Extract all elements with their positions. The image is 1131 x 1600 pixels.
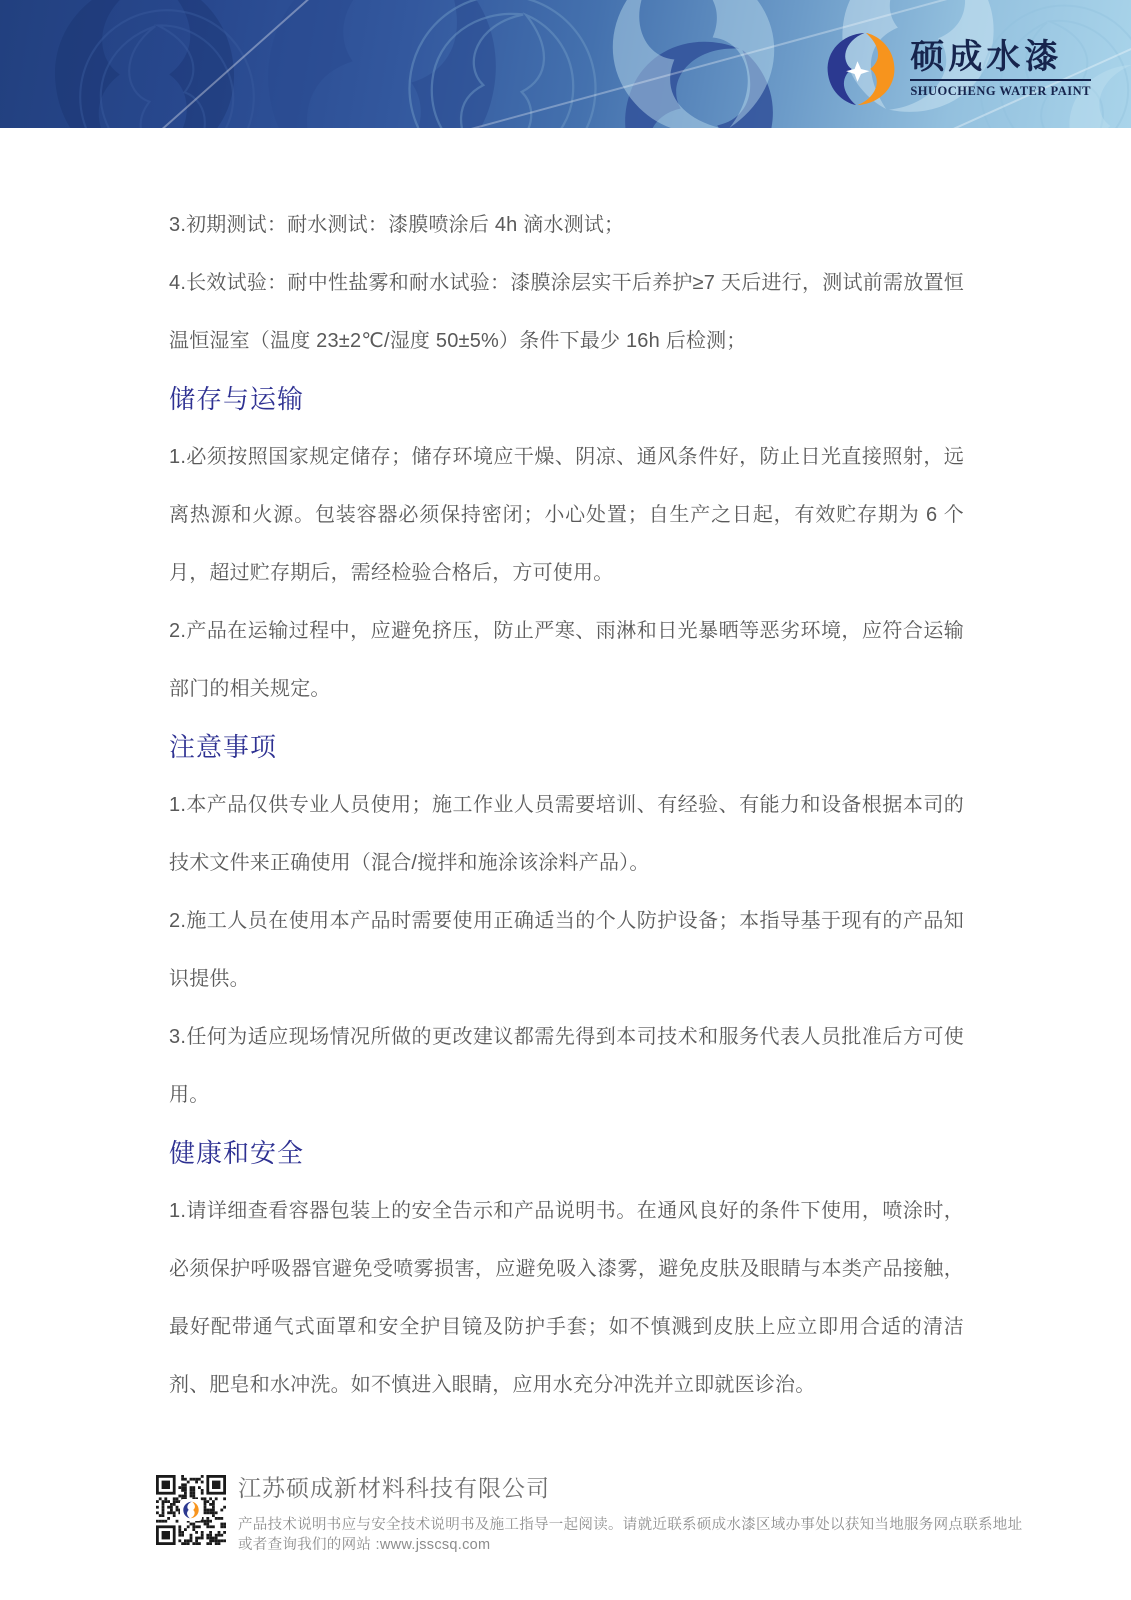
footer-notes: 产品技术说明书应与安全技术说明书及施工指导一起阅读。请就近联系硕成水漆区域办事处…: [238, 1515, 1022, 1555]
brand-text-block: 硕成水漆 SHUOCHENG WATER PAINT: [910, 39, 1091, 99]
paragraph-precaution-2: 2.施工人员在使用本产品时需要使用正确适当的个人防护设备；本指导基于现有的产品知…: [169, 892, 964, 1008]
paragraph-precaution-1: 1.本产品仅供专业人员使用；施工作业人员需要培训、有经验、有能力和设备根据本司的…: [169, 776, 964, 892]
paragraph-storage-2: 2.产品在运输过程中，应避免挤压，防止严寒、雨淋和日光暴晒等恶劣环境，应符合运输…: [169, 602, 964, 718]
paragraph-precaution-3: 3.任何为适应现场情况所做的更改建议都需先得到本司技术和服务代表人员批准后方可使…: [169, 1008, 964, 1124]
brand-name-chinese: 硕成水漆: [910, 39, 1091, 76]
paragraph-storage-1: 1.必须按照国家规定储存；储存环境应干燥、阴凉、通风条件好，防止日光直接照射，远…: [169, 428, 964, 602]
footer-text-block: 江苏硕成新材料科技有限公司 产品技术说明书应与安全技术说明书及施工指导一起阅读。…: [238, 1474, 1022, 1555]
paragraph-longterm-test: 4.长效试验：耐中性盐雾和耐水试验：漆膜涂层实干后养护≥7 天后进行，测试前需放…: [169, 254, 964, 370]
brand-divider: [910, 79, 1091, 81]
document-page: 硕成水漆 SHUOCHENG WATER PAINT 3.初期测试：耐水测试：漆…: [0, 0, 1131, 1600]
footer: 江苏硕成新材料科技有限公司 产品技术说明书应与安全技术说明书及施工指导一起阅读。…: [156, 1474, 1116, 1555]
brand-lockup: 硕成水漆 SHUOCHENG WATER PAINT: [822, 30, 1091, 108]
document-body: 3.初期测试：耐水测试：漆膜喷涂后 4h 滴水测试； 4.长效试验：耐中性盐雾和…: [169, 128, 964, 1414]
qr-code: [156, 1474, 226, 1546]
company-name: 江苏硕成新材料科技有限公司: [238, 1474, 1022, 1504]
footer-note-line-1: 产品技术说明书应与安全技术说明书及施工指导一起阅读。请就近联系硕成水漆区域办事处…: [238, 1515, 1022, 1535]
brand-name-english: SHUOCHENG WATER PAINT: [910, 84, 1091, 99]
section-heading-precautions: 注意事项: [169, 718, 964, 776]
header-banner: 硕成水漆 SHUOCHENG WATER PAINT: [0, 0, 1131, 128]
paragraph-health-safety-1: 1.请详细查看容器包装上的安全告示和产品说明书。在通风良好的条件下使用，喷涂时，…: [169, 1182, 964, 1414]
company-logo-icon: [822, 30, 900, 108]
section-heading-storage-transport: 储存与运输: [169, 370, 964, 428]
paragraph-initial-test: 3.初期测试：耐水测试：漆膜喷涂后 4h 滴水测试；: [169, 196, 964, 254]
footer-note-line-2: 或者查询我们的网站 :www.jsscsq.com: [238, 1535, 1022, 1555]
section-heading-health-safety: 健康和安全: [169, 1124, 964, 1182]
qr-center-logo-icon: [180, 1499, 202, 1521]
